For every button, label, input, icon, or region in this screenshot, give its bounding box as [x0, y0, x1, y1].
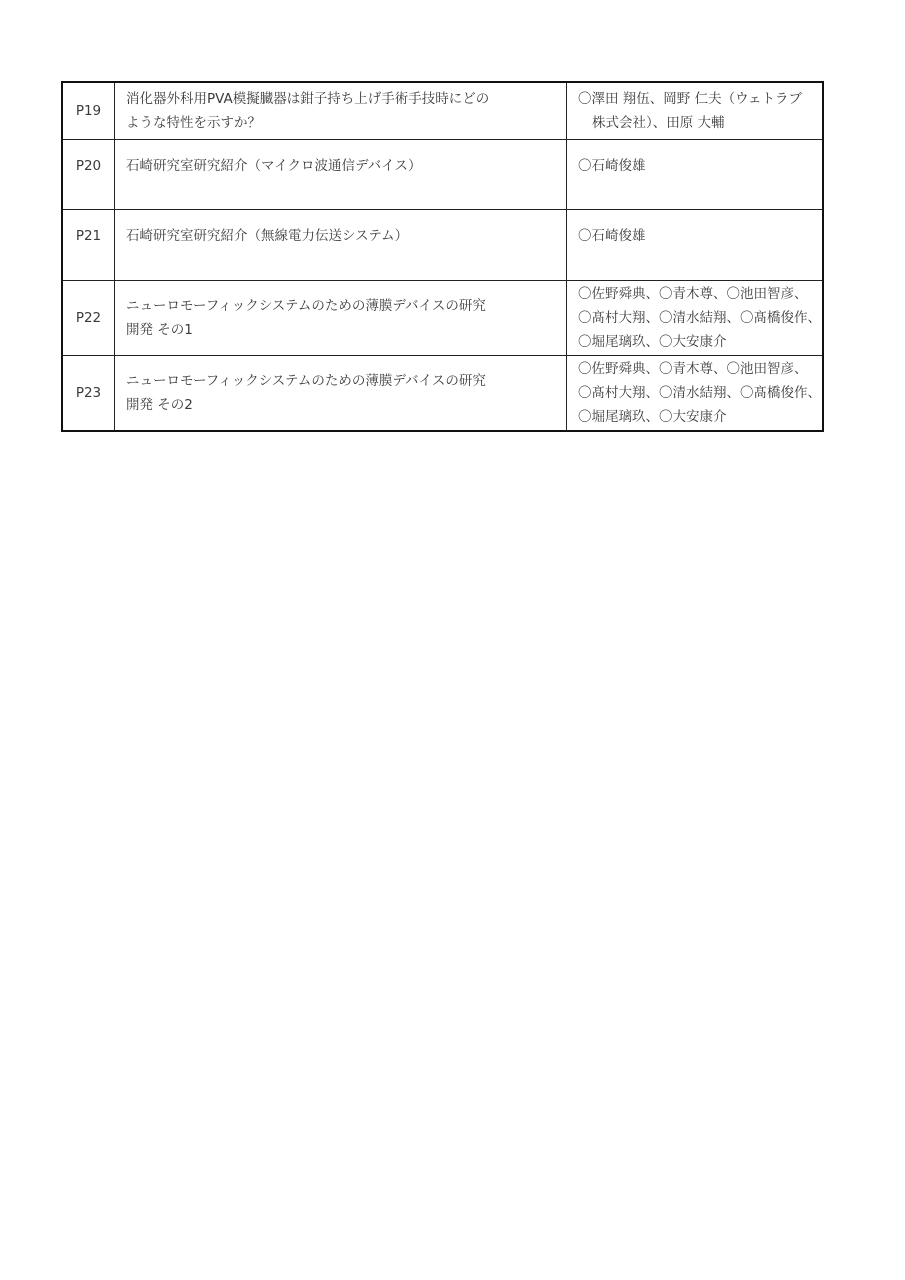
- author-line: 〇髙村大翔、〇清水結翔、〇髙橋俊作、: [578, 306, 818, 330]
- author-line: 〇佐野舜典、〇青木尊、〇池田智彦、: [578, 282, 818, 306]
- title-line: ニューロモーフィックシステムのための薄膜デバイスの研究: [126, 369, 560, 393]
- poster-authors: 〇澤田 翔伍、岡野 仁夫（ウェトラブ 株式会社）、田原 大輔: [567, 82, 824, 140]
- poster-title: ニューロモーフィックシステムのための薄膜デバイスの研究 開発 その2: [115, 356, 567, 432]
- author-line: 〇石崎俊雄: [578, 224, 818, 248]
- poster-title: 石崎研究室研究紹介（無線電力伝送システム）: [115, 210, 567, 281]
- title-line: 消化器外科用PVA模擬臓器は鉗子持ち上げ手術手技時にどの: [126, 87, 560, 111]
- poster-authors: 〇石崎俊雄: [567, 140, 824, 210]
- poster-program-table: P19 消化器外科用PVA模擬臓器は鉗子持ち上げ手術手技時にどの ような特性を示…: [61, 81, 824, 432]
- table-row: P20 石崎研究室研究紹介（マイクロ波通信デバイス） 〇石崎俊雄: [62, 140, 823, 210]
- author-line: 〇髙村大翔、〇清水結翔、〇髙橋俊作、: [578, 381, 818, 405]
- author-line: 〇佐野舜典、〇青木尊、〇池田智彦、: [578, 357, 818, 381]
- poster-id: P23: [62, 356, 115, 432]
- poster-authors: 〇石崎俊雄: [567, 210, 824, 281]
- document-page: P19 消化器外科用PVA模擬臓器は鉗子持ち上げ手術手技時にどの ような特性を示…: [0, 0, 905, 1280]
- poster-id: P19: [62, 82, 115, 140]
- table-row: P19 消化器外科用PVA模擬臓器は鉗子持ち上げ手術手技時にどの ような特性を示…: [62, 82, 823, 140]
- author-line: 〇石崎俊雄: [578, 154, 818, 178]
- poster-id: P21: [62, 210, 115, 281]
- title-line: 開発 その2: [126, 393, 560, 417]
- table-row: P22 ニューロモーフィックシステムのための薄膜デバイスの研究 開発 その1 〇…: [62, 281, 823, 356]
- poster-id: P20: [62, 140, 115, 210]
- author-line: 株式会社）、田原 大輔: [578, 111, 818, 135]
- poster-title: 消化器外科用PVA模擬臓器は鉗子持ち上げ手術手技時にどの ような特性を示すか？: [115, 82, 567, 140]
- title-line: 石崎研究室研究紹介（無線電力伝送システム）: [126, 224, 560, 248]
- poster-title: ニューロモーフィックシステムのための薄膜デバイスの研究 開発 その1: [115, 281, 567, 356]
- author-line: 〇堀尾璃玖、〇大安康介: [578, 405, 818, 429]
- table-row: P23 ニューロモーフィックシステムのための薄膜デバイスの研究 開発 その2 〇…: [62, 356, 823, 432]
- title-line: 開発 その1: [126, 318, 560, 342]
- title-line: 石崎研究室研究紹介（マイクロ波通信デバイス）: [126, 154, 560, 178]
- poster-authors: 〇佐野舜典、〇青木尊、〇池田智彦、 〇髙村大翔、〇清水結翔、〇髙橋俊作、 〇堀尾…: [567, 281, 824, 356]
- poster-authors: 〇佐野舜典、〇青木尊、〇池田智彦、 〇髙村大翔、〇清水結翔、〇髙橋俊作、 〇堀尾…: [567, 356, 824, 432]
- table-row: P21 石崎研究室研究紹介（無線電力伝送システム） 〇石崎俊雄: [62, 210, 823, 281]
- title-line: ような特性を示すか？: [126, 111, 560, 135]
- author-line: 〇澤田 翔伍、岡野 仁夫（ウェトラブ: [578, 87, 818, 111]
- title-line: ニューロモーフィックシステムのための薄膜デバイスの研究: [126, 294, 560, 318]
- poster-title: 石崎研究室研究紹介（マイクロ波通信デバイス）: [115, 140, 567, 210]
- poster-id: P22: [62, 281, 115, 356]
- author-line: 〇堀尾璃玖、〇大安康介: [578, 330, 818, 354]
